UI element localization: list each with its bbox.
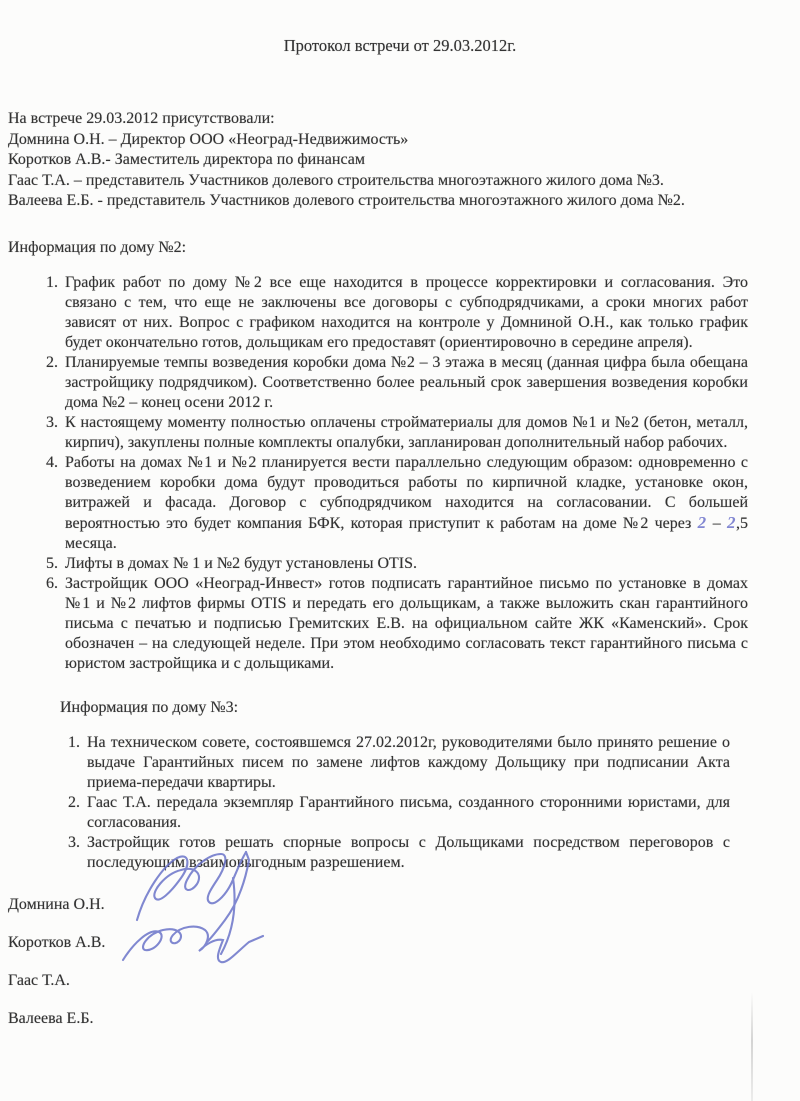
list-item: Застройщик ООО «Неоград-Инвест» готов по… xyxy=(62,574,748,674)
attendees-block: На встрече 29.03.2012 присутствовали: До… xyxy=(8,109,760,212)
scan-artifact-line xyxy=(751,992,753,1101)
signature-name: Гаас Т.А. xyxy=(8,972,105,1010)
attendees-intro: На встрече 29.03.2012 присутствовали: xyxy=(8,109,760,130)
list-item: Застройщик готов решать спорные вопросы … xyxy=(84,833,730,873)
handwritten-number: 2 xyxy=(698,513,707,532)
signature-name: Валеева Е.Б. xyxy=(8,1010,105,1048)
section-heading-house3: Информация по дому №3: xyxy=(60,699,800,717)
document-title: Протокол встречи от 29.03.2012г. xyxy=(0,0,800,56)
signature-block: Домнина О.Н. Коротков А.В. Гаас Т.А. Вал… xyxy=(8,896,105,1048)
scanned-document-page: Протокол встречи от 29.03.2012г. На встр… xyxy=(0,0,800,1101)
list-item: Работы на домах №1 и №2 планируется вест… xyxy=(62,453,748,554)
signature-ink-stroke xyxy=(123,927,263,963)
attendee-line: Валеева Е.Б. - представитель Участников … xyxy=(8,191,760,212)
handwritten-number: 2 xyxy=(727,513,736,532)
list-item: На техническом совете, состоявшемся 27.0… xyxy=(84,733,730,793)
list-item: График работ по дому №2 все еще находитс… xyxy=(62,273,748,353)
section-heading-house2: Информация по дому №2: xyxy=(8,239,800,257)
attendee-line: Гаас Т.А. – представитель Участников дол… xyxy=(8,171,760,192)
attendee-line: Коротков А.В.- Заместитель директора по … xyxy=(8,150,760,171)
list-item: Гаас Т.А. передала экземпляр Гарантийног… xyxy=(84,793,730,833)
list-item-text: Работы на домах №1 и №2 планируется вест… xyxy=(65,454,748,532)
numbered-list-house3: На техническом совете, состоявшемся 27.0… xyxy=(60,733,730,873)
list-item: Лифты в домах № 1 и №2 будут установлены… xyxy=(62,554,748,574)
signature-ink-stroke xyxy=(221,878,235,954)
numbered-list-house2: График работ по дому №2 все еще находитс… xyxy=(38,273,748,674)
list-item: Планируемые темпы возведения коробки дом… xyxy=(62,353,748,413)
list-item: К настоящему моменту полностью оплачены … xyxy=(62,413,748,453)
list-item-text: – xyxy=(707,515,727,532)
attendee-line: Домнина О.Н. – Директор ООО «Неоград-Нед… xyxy=(8,130,760,151)
signature-name: Коротков А.В. xyxy=(8,934,105,972)
signature-name: Домнина О.Н. xyxy=(8,896,105,934)
